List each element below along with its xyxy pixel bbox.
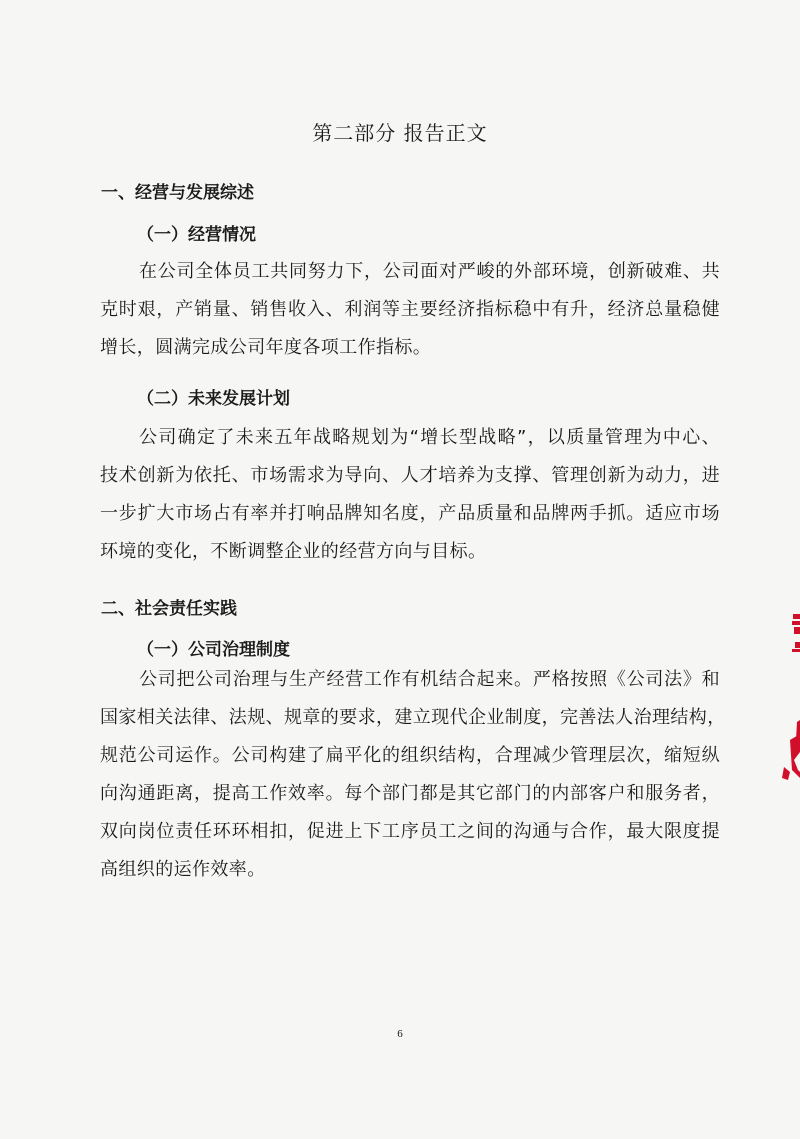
paragraph-line: 环境的变化，不断调整企业的经营方向与目标。: [100, 533, 720, 571]
paragraph-line: 向沟通距离，提高工作效率。每个部门都是其它部门的内部客户和服务者，: [100, 775, 720, 813]
subsection-heading-2-1: （一）公司治理制度: [137, 635, 290, 660]
paragraph-line: 高组织的运作效率。: [100, 851, 720, 889]
red-seal-fragment-icon: [770, 612, 800, 782]
page-number: 6: [0, 1028, 800, 1040]
paragraph-line: 国家相关法律、法规、规章的要求，建立现代企业制度，完善法人治理结构，: [100, 699, 720, 737]
paragraph-line: 双向岗位责任环环相扣，促进上下工序员工之间的沟通与合作，最大限度提: [100, 813, 720, 851]
section-heading-1: 一、经营与发展综述: [101, 178, 254, 203]
page-title: 第二部分 报告正文: [0, 117, 800, 146]
paragraph-line: 在公司全体员工共同努力下，公司面对严峻的外部环境，创新破难、共: [100, 253, 720, 291]
paragraph-line: 公司确定了未来五年战略规划为“增长型战略”，以质量管理为中心、: [100, 419, 720, 457]
paragraph-line: 一步扩大市场占有率并打响品牌知名度，产品质量和品牌两手抓。适应市场: [100, 495, 720, 533]
paragraph-operations: 在公司全体员工共同努力下，公司面对严峻的外部环境，创新破难、共 克时艰，产销量、…: [100, 253, 720, 367]
subsection-heading-1-1: （一）经营情况: [137, 220, 256, 245]
paragraph-line: 增长，圆满完成公司年度各项工作指标。: [100, 329, 720, 367]
paragraph-line: 规范公司运作。公司构建了扁平化的组织结构，合理减少管理层次，缩短纵: [100, 737, 720, 775]
paragraph-line: 公司把公司治理与生产经营工作有机结合起来。严格按照《公司法》和: [100, 661, 720, 699]
paragraph-line: 克时艰，产销量、销售收入、利润等主要经济指标稳中有升，经济总量稳健: [100, 291, 720, 329]
paragraph-future-plan: 公司确定了未来五年战略规划为“增长型战略”，以质量管理为中心、 技术创新为依托、…: [100, 419, 720, 571]
subsection-heading-1-2: （二）未来发展计划: [137, 384, 290, 409]
paragraph-line: 技术创新为依托、市场需求为导向、人才培养为支撑、管理创新为动力，进: [100, 457, 720, 495]
document-page: 第二部分 报告正文 一、经营与发展综述 （一）经营情况 在公司全体员工共同努力下…: [0, 0, 800, 1139]
paragraph-governance: 公司把公司治理与生产经营工作有机结合起来。严格按照《公司法》和 国家相关法律、法…: [100, 661, 720, 889]
section-heading-2: 二、社会责任实践: [101, 594, 237, 619]
